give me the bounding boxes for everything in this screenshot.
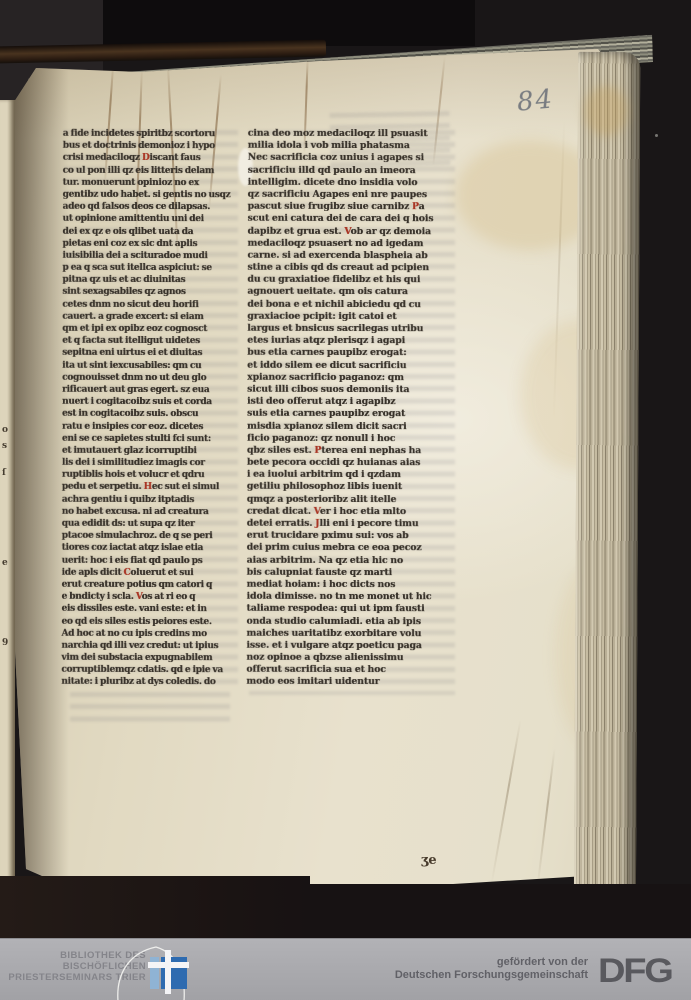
manuscript-line: stine a cibis qd ds creaut ad pcipien (247, 262, 457, 275)
parchment-crease (536, 748, 555, 887)
manuscript-line: noz opinoe a qbzse alienissimu (246, 652, 456, 665)
manuscript-line: ratu e insipies cor eoz. dicetes (62, 420, 240, 433)
manuscript-line: cina deo moz medaciloqz ill psuasit (248, 128, 458, 141)
dfg-logo: DFG (598, 952, 672, 991)
manuscript-line: pedu et serpetiu. Hec sut ei simul (62, 481, 240, 494)
manuscript-line: qm et ipi ex opibz eoz cognosct (62, 323, 240, 336)
facing-page-letter-fragment: 9 (2, 638, 8, 648)
fore-edge-stain (584, 86, 628, 136)
manuscript-line: uerit: hoc i eis fiat qd paulo ps (62, 554, 240, 567)
manuscript-line: graxiacioe pcipit: igit catoi et (247, 311, 457, 324)
manuscript-line: tur. monuerunt opinioz no ex (63, 177, 241, 190)
manuscript-line: ut opinione amittentiu uni dei (62, 213, 240, 226)
manuscript-line: pascut siue frugibz siue carnibz Pa (248, 201, 458, 214)
manuscript-line: taliame respodea: qui ut ipm fausti (246, 603, 456, 616)
manuscript-line: ita ut sint iexcusabiles: qm cu (62, 359, 240, 372)
manuscript-line: p ea q sca sut itellca aspiciut: se (62, 262, 240, 275)
manuscript-line: bus et doctrinis demonioz i hypo (63, 140, 241, 153)
manuscript-line: etes iurias atqz plerisqz i agapi (247, 335, 457, 348)
manuscript-line: pietas eni coz ex sic dnt aplis (62, 237, 240, 250)
manuscript-line: eo qd eis siles estis peiores este. (61, 615, 239, 628)
manuscript-line: detei erratis. Jlli eni i pecore timu (247, 518, 457, 531)
manuscript-line: milia idola i vob milia phatasma (248, 140, 458, 153)
facing-page-letter-fragment: ſ (2, 468, 6, 478)
manuscript-line: achra gentiu i quibz itptadis (62, 493, 240, 506)
manuscript-line: co ul pon illi qz eis litteris delam (63, 164, 241, 177)
manuscript-line: onda studio calumiadi. etia ab ipis (246, 615, 456, 628)
manuscript-line: modo eos imitari uidentur (246, 676, 456, 689)
manuscript-line: et imutauert glaz icorruptibi (62, 445, 240, 458)
digitized-manuscript-scan: a fide incidetes spiritbz scortorubus et… (0, 0, 691, 1000)
manuscript-line: intelligim. dicete dno insidia volo (248, 176, 458, 189)
facing-page-letter-fragment: s (2, 441, 7, 451)
manuscript-line: cetes dnm no sicut deu horifi (62, 298, 240, 311)
manuscript-line: agnouert ueitate. qm ois catura (247, 286, 457, 299)
manuscript-line: carne. si ad exercenda blaspheia ab (247, 250, 457, 263)
manuscript-line: sint sexagsabiles qz agnos (62, 286, 240, 299)
manuscript-line: maiches uaritatibz exorbitare volu (246, 627, 456, 640)
manuscript-line: dei ex qz e ois qlibet uata da (62, 225, 240, 238)
manuscript-line: eis dissiles este. vani este: et in (61, 603, 239, 616)
manuscript-line: bis calupniat fauste qz marti (247, 566, 457, 579)
manuscript-line: crisi medaciloqz Discant faus (63, 152, 241, 165)
manuscript-line: qbz siles est. Pterea eni nephas ha (247, 445, 457, 458)
manuscript-line: ficio paganoz: qz nonull i hoc (247, 432, 457, 445)
manuscript-line: offerut sacrificia sua et hoc (246, 664, 456, 677)
manuscript-line: et q facta sut itelligut uidetes (62, 335, 240, 348)
manuscript-line: i ea iuolui arbitrim qd i qzdam (247, 469, 457, 482)
fore-edge-page-stack (574, 52, 641, 934)
manuscript-line: gentibz udo habet. si gentis no usqz (63, 189, 241, 202)
manuscript-line: lis dei i similitudiez imagis cor (62, 457, 240, 470)
manuscript-line: nitate: i pluribz at dys coledis. do (61, 676, 239, 689)
manuscript-line: e bndicty i scla. Vos at ri eo q (61, 591, 239, 604)
manuscript-line: sicut illi cibos suos demoniis ita (247, 384, 457, 397)
manuscript-line: credat dicat. Ver i hoc etia mlto (247, 506, 457, 519)
manuscript-line: idola dimisse. no tn me monet ut hic (246, 591, 456, 604)
funding-credit-line2: Deutschen Forschungsgemeinschaft (330, 969, 588, 982)
parchment-crease (490, 719, 521, 885)
funding-credit: gefördert von der Deutschen Forschungsge… (330, 956, 588, 981)
manuscript-line: mediat hoiam: i hoc dicts nos (247, 579, 457, 592)
manuscript-line: cauert. a grade excert: si eiam (62, 311, 240, 324)
dust-speck (655, 134, 658, 137)
facing-page-sliver: osſe9 (0, 100, 15, 882)
manuscript-line: ide apls dicit Coluerut et sui (62, 567, 240, 580)
manuscript-line: no habet excusa. ni ad creatura (62, 506, 240, 519)
manuscript-line: erut trucidare pximu sui: vos ab (247, 530, 457, 543)
manuscript-line: Ad hoc at no cu ipis credins mo (61, 627, 239, 640)
manuscript-line: adeo qd falsos deos ce dilapsas. (63, 201, 241, 214)
manuscript-line: du cu graxiatioe fidelibz et his qui (247, 274, 457, 287)
manuscript-line: isse. et i vulgare atqz poeticu paga (246, 640, 456, 653)
trier-seminary-cross-icon (108, 945, 192, 1000)
manuscript-line: rificauert aut gras egert. sz eua (62, 384, 240, 397)
facing-page-letter-fragment: o (2, 425, 8, 435)
manuscript-line: narchia qd illi vez credut: ut ipius (61, 640, 239, 653)
facing-page-letter-fragment: e (2, 558, 8, 568)
gutter-shadow (13, 66, 69, 884)
manuscript-line: largus et bnsicus sacrilegas utribu (247, 323, 457, 336)
footer-banner: BIBLIOTHEK DES BISCHÖFLICHEN PRIESTERSEM… (0, 938, 691, 1000)
manuscript-line: sepitna eni uirtus ei et diuitas (62, 347, 240, 360)
text-column-right: cina deo moz medaciloqz ill psuasitmilia… (246, 128, 457, 689)
cover-bottom-shadow (0, 876, 310, 938)
manuscript-line: et iddo silem ee dicut sacrificiu (247, 359, 457, 372)
background-shadow-patch (103, 0, 475, 46)
manuscript-line: dapibz et grua est. Vob ar qz demoia (247, 225, 457, 238)
manuscript-line: est in cogitacoibz suis. obscu (62, 408, 240, 421)
manuscript-line: ruptiblis hois et volucr et qdru (62, 469, 240, 482)
text-column-left: a fide incidetes spiritbz scortorubus et… (61, 128, 240, 689)
manuscript-line: dei bona e et nichil abiciedu qd cu (247, 298, 457, 311)
manuscript-line: iuisibilia dei a scituradoe mudi (62, 250, 240, 263)
manuscript-line: ptacoe simulachroz. de q se peri (62, 530, 240, 543)
quire-signature: ʒe (421, 853, 437, 868)
manuscript-line: xpianoz sacrificio paganoz: qm (247, 371, 457, 384)
manuscript-line: scut eni catura dei de cara dei q hois (247, 213, 457, 226)
manuscript-line: medaciloqz psuasert no ad igedam (247, 237, 457, 250)
manuscript-line: misdia xpianoz silem dicit sacri (247, 420, 457, 433)
manuscript-line: cognouisset dnm no ut deu glo (62, 372, 240, 385)
manuscript-line: bus etia carnes paupibz erogat: (247, 347, 457, 360)
manuscript-line: isti deo offerut atqz i agapibz (247, 396, 457, 409)
manuscript-line: corruptiblemqz cdatis. qd e ipie va (61, 664, 239, 677)
manuscript-line: pitna qz uis et ac diuinitas (62, 274, 240, 287)
manuscript-line: suis etia carnes paupibz erogat (247, 408, 457, 421)
manuscript-line: aias arbitrim. Na qz etia hic no (247, 554, 457, 567)
manuscript-line: tiores coz iactat atqz islae etia (62, 542, 240, 555)
funding-credit-line1: gefördert von der (330, 956, 588, 969)
manuscript-line: erut creature potius qm catori q (62, 579, 240, 592)
manuscript-line: bete pecora occidi qz huianas aias (247, 457, 457, 470)
manuscript-line: sacrificiu illd qd paulo an imeora (248, 164, 458, 177)
pencil-folio-number: 84 (516, 84, 556, 117)
manuscript-line: nuert i cogitacoibz suis et corda (62, 396, 240, 409)
manuscript-line: qua edidit ds: ut supa qz iter (62, 518, 240, 531)
manuscript-line: eni se ce sapietes stulti fci sunt: (62, 432, 240, 445)
manuscript-line: a fide incidetes spiritbz scortoru (63, 128, 241, 141)
manuscript-line: qz sacrificiu Agapes eni nre paupes (248, 189, 458, 202)
manuscript-line: vim dei substacia expugnabilem (61, 652, 239, 665)
bleedthrough-ghost (70, 692, 230, 728)
manuscript-line: dei prim cuius mebra ce eoa pecoz (247, 542, 457, 555)
manuscript-line: Nec sacrificia coz unius i agapes si (248, 152, 458, 165)
manuscript-line: qmqz a posterioribz alit itelle (247, 493, 457, 506)
manuscript-line: getiliu philosophoz libis iuenit (247, 481, 457, 494)
